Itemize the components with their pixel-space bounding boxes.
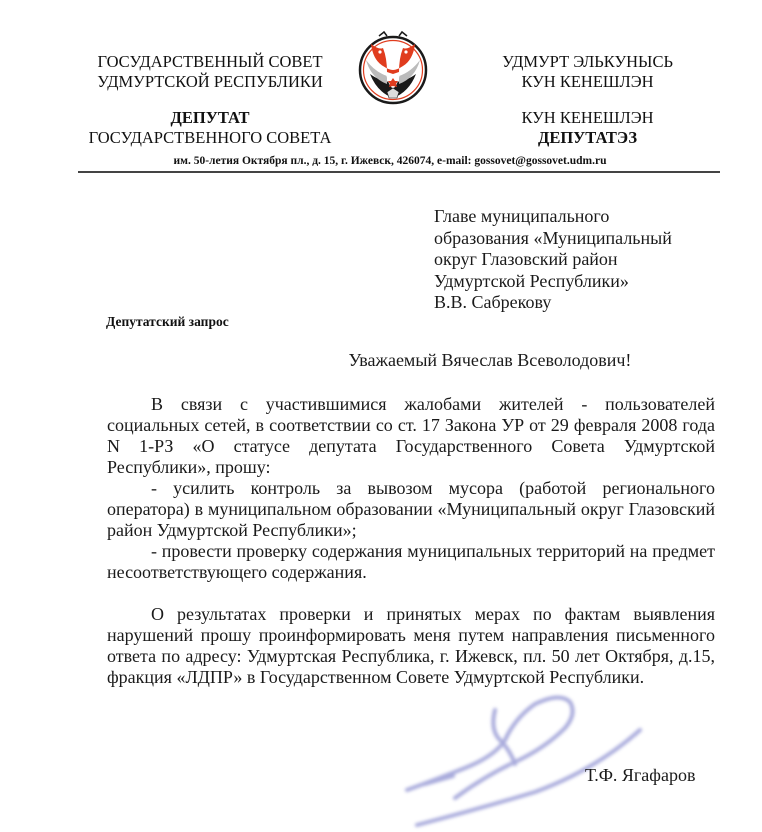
handwritten-signature-icon [395, 680, 665, 830]
letterhead-divider [78, 171, 720, 173]
title-line1-udmurt: КУН КЕНЕШЛЭН [470, 108, 705, 128]
org-name-line1-udmurt: УДМУРТ ЭЛЬКУНЫСЬ [470, 52, 705, 72]
letterhead-right-title: КУН КЕНЕШЛЭН ДЕПУТАТЭЗ [470, 108, 705, 148]
body-paragraph-request-1: - усилить контроль за вывозом мусора (ра… [107, 478, 715, 541]
letterhead-left-title: ДЕПУТАТ ГОСУДАРСТВЕННОГО СОВЕТА [55, 108, 365, 148]
org-name-line1: ГОСУДАРСТВЕННЫЙ СОВЕТ [60, 52, 360, 72]
recipient-block: Главе муниципального образования «Муници… [434, 206, 734, 314]
body-paragraph-intro: В связи с участившимися жалобами жителей… [107, 394, 715, 478]
recipient-line: Главе муниципального [434, 206, 734, 228]
recipient-line: округ Глазовский район [434, 249, 734, 271]
recipient-line: образования «Муниципальный [434, 228, 734, 250]
title-line2-udmurt: ДЕПУТАТЭЗ [470, 128, 705, 148]
signer-name: Т.Ф. Ягафаров [585, 765, 695, 786]
letterhead-right-org: УДМУРТ ЭЛЬКУНЫСЬ КУН КЕНЕШЛЭН [470, 52, 705, 92]
greeting: Уважаемый Вячеслав Всеволодович! [260, 350, 720, 371]
letterhead-left-org: ГОСУДАРСТВЕННЫЙ СОВЕТ УДМУРТСКОЙ РЕСПУБЛ… [60, 52, 360, 92]
body-paragraph-request-2: - провести проверку содержания муниципал… [107, 541, 715, 583]
document-type-label: Депутатский запрос [106, 314, 229, 330]
org-name-line2-udmurt: КУН КЕНЕШЛЭН [470, 72, 705, 92]
body-paragraph-response-request: О результатах проверки и принятых мерах … [107, 604, 715, 688]
title-line1: ДЕПУТАТ [55, 108, 365, 128]
recipient-line: В.В. Сабрекову [434, 292, 734, 314]
org-name-line2: УДМУРТСКОЙ РЕСПУБЛИКИ [60, 72, 360, 92]
recipient-line: Удмуртской Республики» [434, 271, 734, 293]
title-line2: ГОСУДАРСТВЕННОГО СОВЕТА [55, 128, 365, 148]
udmurt-republic-coat-of-arms-icon [357, 30, 429, 106]
letterhead-address: им. 50-летия Октября пл., д. 15, г. Ижев… [60, 155, 720, 167]
